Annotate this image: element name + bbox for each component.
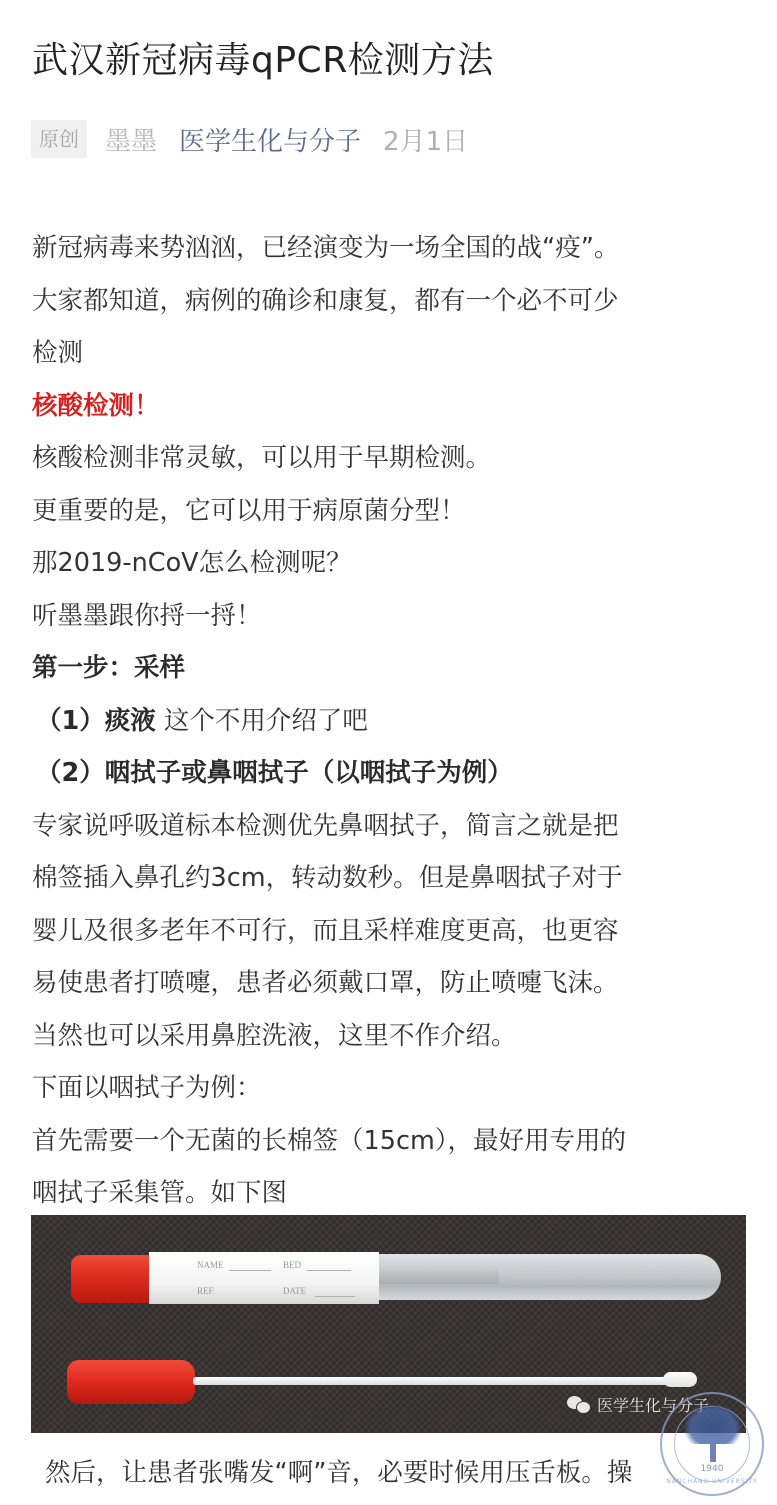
paragraph: 新冠病毒来势汹汹，已经演变为一场全国的战“疫”。 [32, 222, 752, 275]
wechat-icon [567, 1396, 591, 1414]
tube-body [379, 1254, 721, 1300]
tube-cap [71, 1255, 149, 1303]
paragraph: 那2019-nCoV怎么检测呢？ [32, 537, 752, 590]
account-link[interactable]: 医学生化与分子 [179, 121, 361, 158]
swab-stick [193, 1377, 673, 1385]
seal-text: NANCHANG UNIVERSITY [662, 1478, 762, 1485]
swab-cap [67, 1360, 195, 1404]
section-heading: 第一步：采样 [32, 642, 752, 695]
label-line [315, 1296, 355, 1297]
tree-trunk [710, 1440, 716, 1462]
tree-icon [684, 1404, 742, 1444]
paragraph: 专家说呼吸道标本检测优先鼻咽拭子，简言之就是把 [32, 800, 752, 853]
paragraph: 易使患者打喷嚏，患者必须戴口罩，防止喷嚏飞沫。 [32, 957, 752, 1010]
paragraph: 婴儿及很多老年不可行，而且采样难度更高，也更容 [32, 905, 752, 958]
label-ref: REF [197, 1286, 214, 1296]
tube-inner-stick [379, 1266, 499, 1284]
paragraph: 咽拭子采集管。如下图 [32, 1167, 752, 1220]
paragraph: 核酸检测非常灵敏，可以用于早期检测。 [32, 432, 752, 485]
paragraph: 更重要的是，它可以用于病原菌分型！ [32, 485, 752, 538]
paragraph: 听墨墨跟你捋一捋！ [32, 590, 752, 643]
label-date: DATE [283, 1286, 306, 1296]
article-title: 武汉新冠病毒qPCR检测方法 [32, 36, 494, 86]
paragraph: 然后，让患者张嘴发“啊”音，必要时候用压舌板。操 [45, 1453, 632, 1493]
list-item-text: 这个不用介绍了吧 [156, 706, 368, 736]
paragraph: 检测 [32, 327, 752, 380]
label-bed: BED [283, 1260, 301, 1270]
label-line [307, 1270, 351, 1271]
highlight-heading: 核酸检测！ [32, 380, 752, 433]
article-meta: 原创 墨墨 医学生化与分子 2月1日 [31, 119, 468, 159]
list-item: （1）痰液 这个不用介绍了吧 [32, 695, 752, 748]
paragraph: 下面以咽拭子为例： [32, 1062, 752, 1115]
label-line [229, 1270, 271, 1271]
list-item: （2）咽拭子或鼻咽拭子（以咽拭子为例） [32, 747, 752, 800]
paragraph: 首先需要一个无菌的长棉签（15cm），最好用专用的 [32, 1115, 752, 1168]
original-badge: 原创 [31, 120, 87, 158]
swab-tip [663, 1372, 697, 1387]
swab-tube-photo[interactable]: NAME BED REF DATE 医学生化与分子 [31, 1215, 746, 1433]
publish-date: 2月1日 [383, 121, 468, 158]
paragraph: 大家都知道，病例的确诊和康复，都有一个必不可少 [32, 275, 752, 328]
collection-tube: NAME BED REF DATE [71, 1250, 721, 1302]
label-name: NAME [197, 1260, 224, 1270]
university-seal-icon: 1940 NANCHANG UNIVERSITY [660, 1392, 764, 1496]
tube-label: NAME BED REF DATE [149, 1252, 379, 1304]
list-item-label: （1）痰液 [36, 706, 156, 736]
author-name[interactable]: 墨墨 [105, 121, 157, 158]
paragraph: 当然也可以采用鼻腔洗液，这里不作介绍。 [32, 1010, 752, 1063]
paragraph: 棉签插入鼻孔约3cm，转动数秒。但是鼻咽拭子对于 [32, 852, 752, 905]
seal-year: 1940 [662, 1464, 762, 1474]
article-body: 新冠病毒来势汹汹，已经演变为一场全国的战“疫”。 大家都知道，病例的确诊和康复，… [32, 222, 752, 1220]
